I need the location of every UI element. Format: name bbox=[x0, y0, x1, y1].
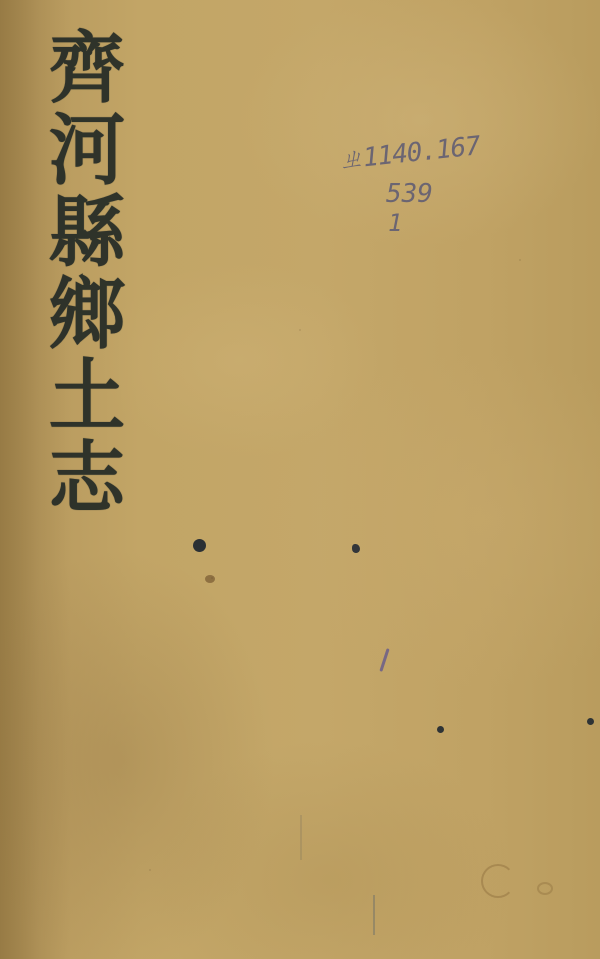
cover-title: 齊 河 縣 鄉 土 志 bbox=[40, 28, 135, 520]
call-number-line-2: 539 bbox=[386, 179, 498, 209]
title-char-4: 鄉 bbox=[49, 274, 125, 356]
call-number-line-3: 1 bbox=[388, 209, 498, 237]
call-number-line-1: ㄓ1140.167 bbox=[336, 123, 499, 177]
book-cover: 齊 河 縣 鄉 土 志 ㄓ1140.167 539 1 bbox=[0, 0, 600, 959]
water-stain bbox=[481, 864, 515, 898]
pencil-mark bbox=[379, 648, 389, 672]
ink-dot bbox=[193, 539, 206, 552]
ink-speck bbox=[437, 726, 444, 733]
paper-scratch bbox=[300, 815, 302, 860]
paper-scratch bbox=[373, 895, 375, 935]
ink-speck bbox=[352, 544, 360, 553]
title-char-6: 志 bbox=[49, 438, 125, 520]
title-char-5: 土 bbox=[49, 356, 125, 438]
stain-spot bbox=[205, 575, 215, 583]
catalog-call-number: ㄓ1140.167 539 1 bbox=[338, 140, 498, 237]
title-char-3: 縣 bbox=[49, 192, 125, 274]
water-stain bbox=[537, 882, 553, 895]
title-char-1: 齊 bbox=[49, 28, 125, 110]
title-char-2: 河 bbox=[49, 110, 125, 192]
ink-speck bbox=[587, 718, 594, 725]
